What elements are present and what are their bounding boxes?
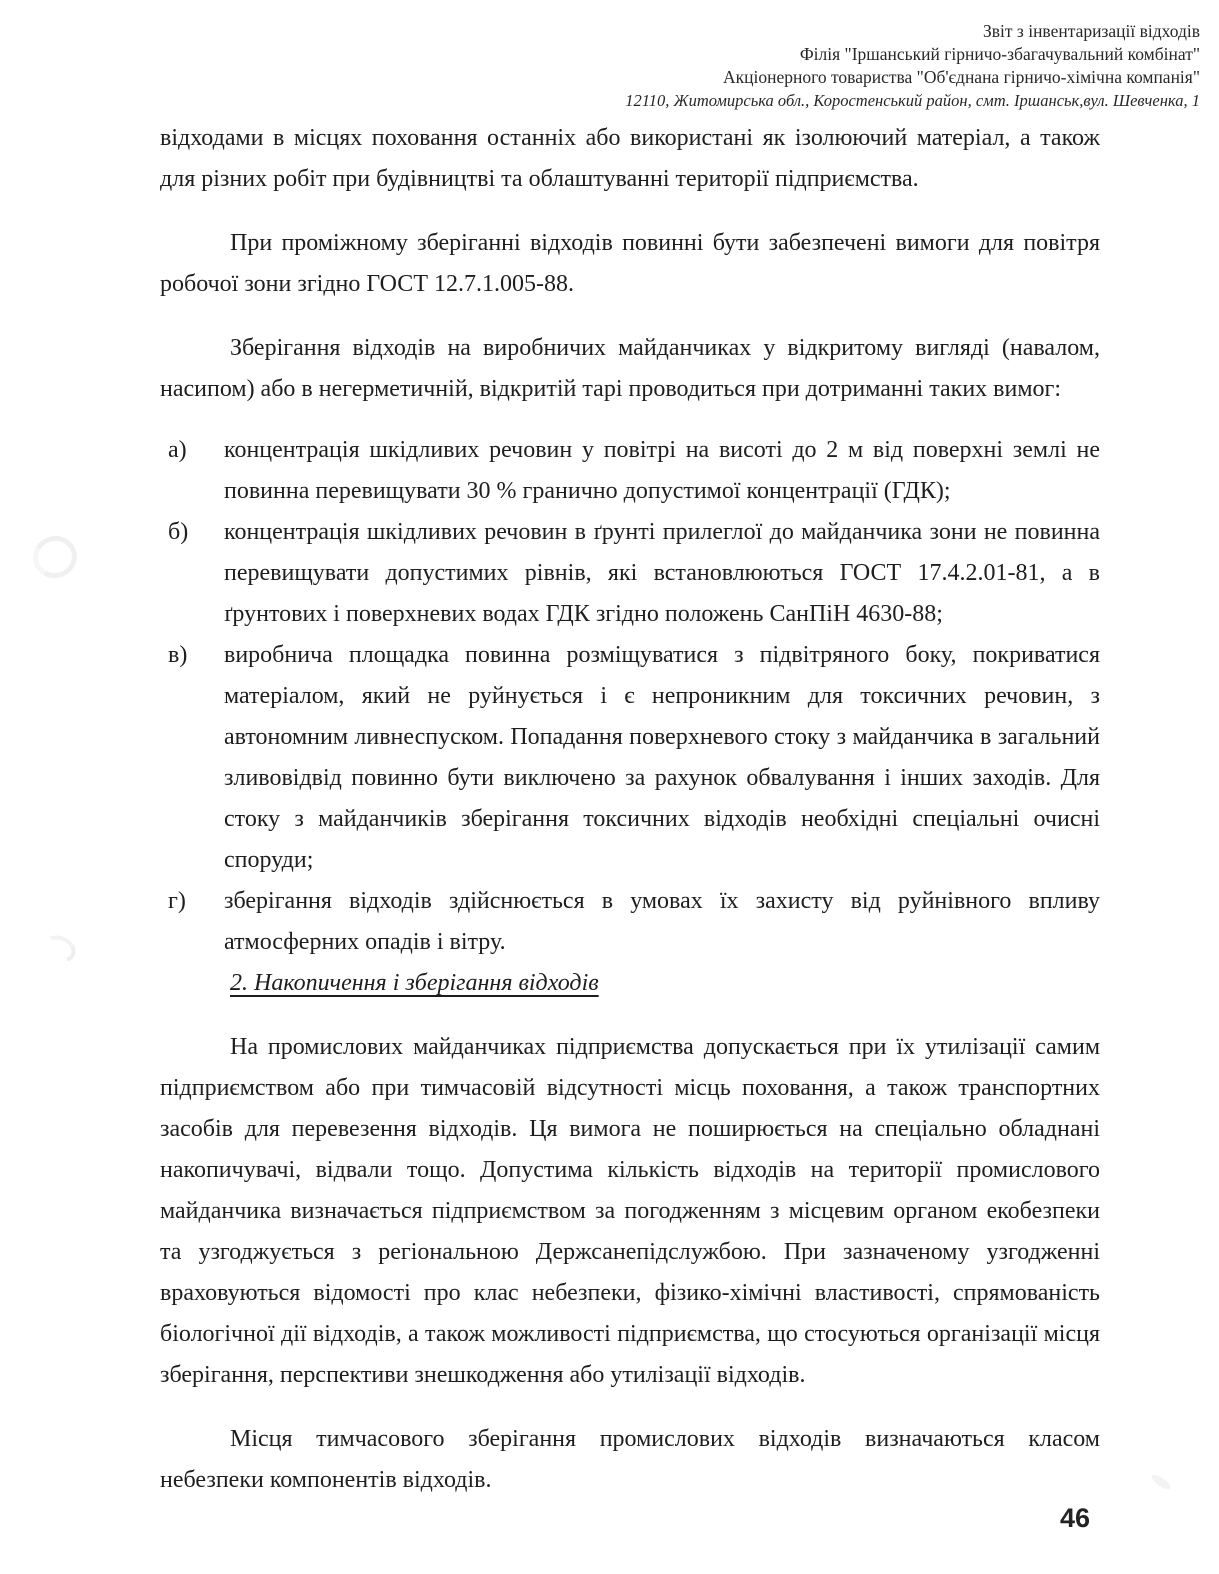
list-item: б) концентрація шкідливих речовин в ґрун… <box>160 512 1100 635</box>
requirements-list: а) концентрація шкідливих речовин у пові… <box>160 430 1100 963</box>
document-body: відходами в місцях поховання останніх аб… <box>160 114 1100 1501</box>
scan-artifact-hole-punch <box>28 531 81 583</box>
list-item-marker: г) <box>168 881 186 922</box>
list-item: а) концентрація шкідливих речовин у пові… <box>160 430 1100 512</box>
list-item-text: виробнича площадка повинна розміщуватися… <box>224 642 1100 873</box>
list-item: г) зберігання відходів здійснюється в ум… <box>160 881 1100 963</box>
list-item-text: концентрація шкідливих речовин у повітрі… <box>224 437 1100 504</box>
document-page: Звіт з інвентаризації відходів Філія "Ір… <box>0 0 1219 1574</box>
list-item-text: зберігання відходів здійснюється в умова… <box>224 888 1100 955</box>
list-item: в) виробнича площадка повинна розміщуват… <box>160 635 1100 881</box>
company-address: 12110, Житомирська обл., Коростенський р… <box>160 89 1200 112</box>
branch-name: Філія "Іршанський гірничо-збагачувальний… <box>160 43 1200 66</box>
paragraph-accumulation: На промислових майданчиках підприємства … <box>160 1027 1100 1396</box>
scan-artifact-hole-punch <box>39 931 80 967</box>
list-item-marker: а) <box>168 430 187 471</box>
page-number: 46 <box>160 1503 1090 1534</box>
paragraph-interim-storage: При проміжному зберіганні відходів повин… <box>160 223 1100 305</box>
list-item-marker: в) <box>168 635 187 676</box>
paragraph-temp-storage: Місця тимчасового зберігання промислових… <box>160 1419 1100 1501</box>
document-letterhead: Звіт з інвентаризації відходів Філія "Ір… <box>160 20 1200 112</box>
report-title: Звіт з інвентаризації відходів <box>160 20 1200 43</box>
paragraph-open-storage: Зберігання відходів на виробничих майдан… <box>160 328 1100 410</box>
section-heading: 2. Накопичення і зберігання відходів <box>230 963 1100 1004</box>
paragraph-continuation: відходами в місцях поховання останніх аб… <box>160 118 1100 200</box>
list-item-marker: б) <box>168 512 188 553</box>
scan-artifact-smudge <box>1150 1472 1173 1491</box>
company-name: Акціонерного товариства "Об'єднана гірни… <box>160 66 1200 89</box>
list-item-text: концентрація шкідливих речовин в ґрунті … <box>224 519 1100 627</box>
